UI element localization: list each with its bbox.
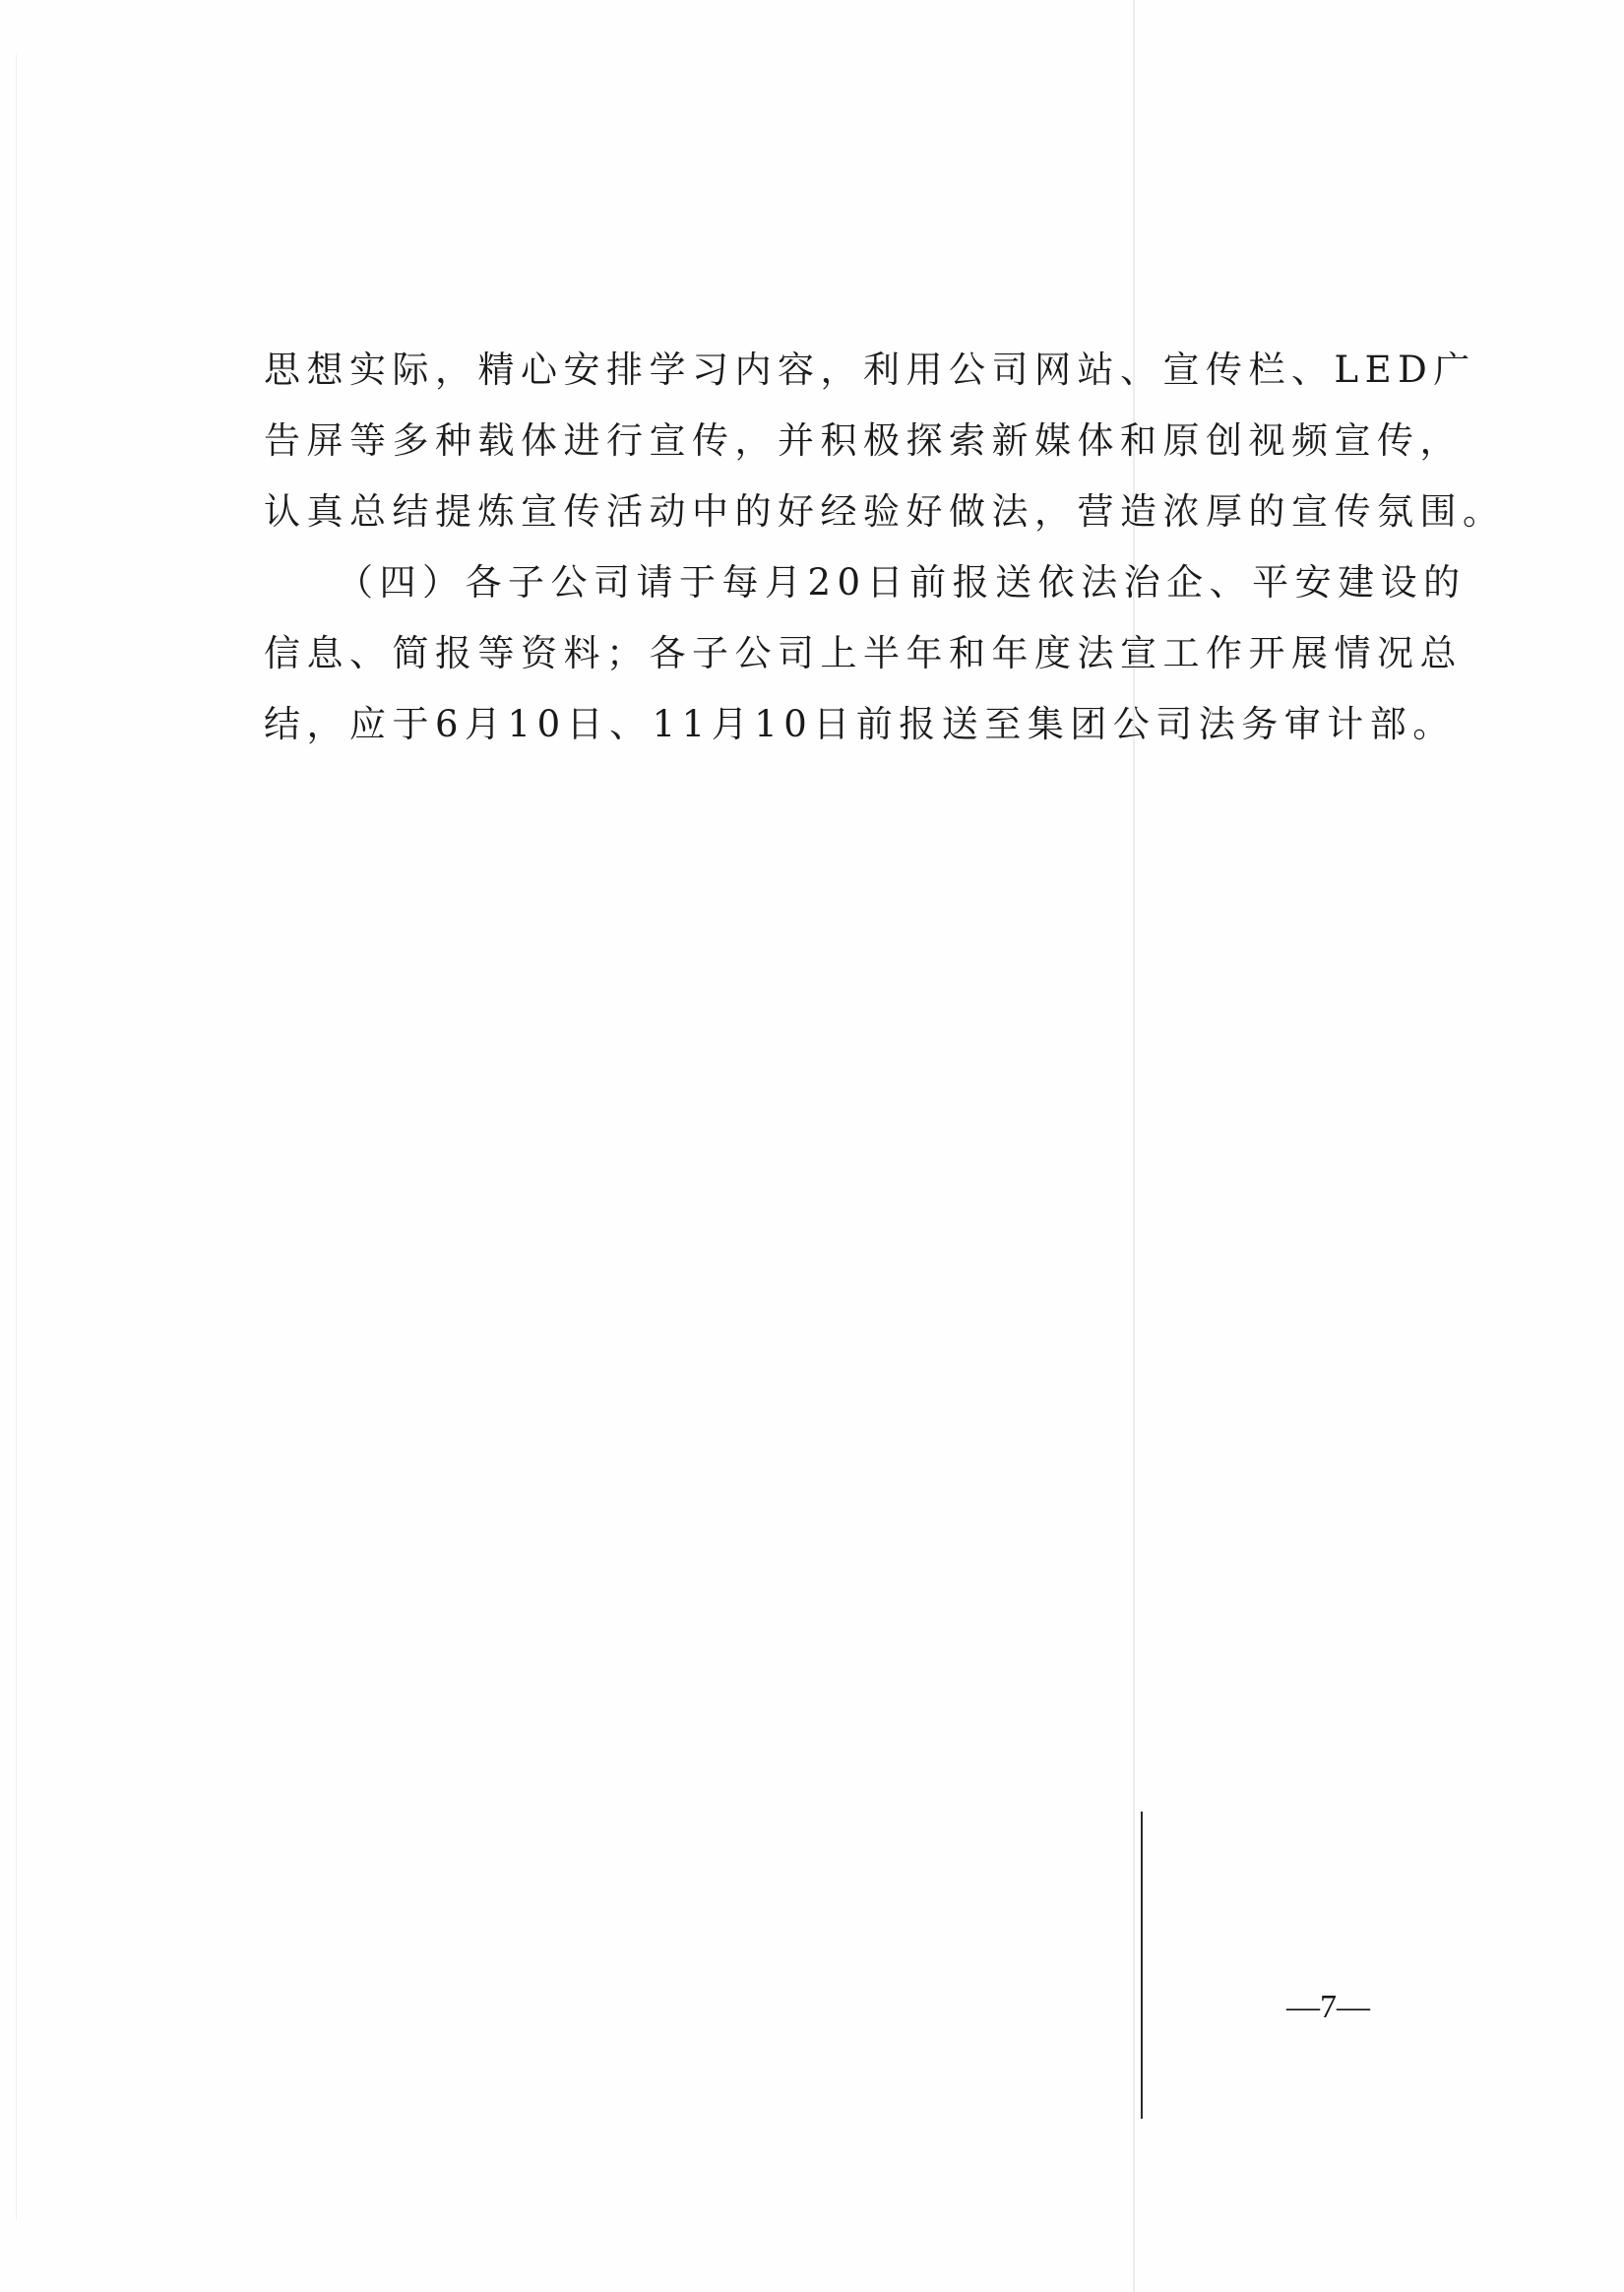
scan-mark-line (1141, 1812, 1143, 2119)
paragraph-continuation: 思想实际，精心安排学习内容，利用公司网站、宣传栏、LED广 告屏等多种载体进行宣… (264, 335, 1391, 547)
text-line: 认真总结提炼宣传活动中的好经验好做法，营造浓厚的宣传氛围。 (264, 477, 1391, 547)
page-number: —7— (1286, 1989, 1370, 2026)
paragraph-four: （四）各子公司请于每月20日前报送依法治企、平安建设的 信息、简报等资料；各子公… (264, 547, 1391, 760)
document-page: 思想实际，精心安排学习内容，利用公司网站、宣传栏、LED广 告屏等多种载体进行宣… (0, 0, 1624, 2292)
body-text: 思想实际，精心安排学习内容，利用公司网站、宣传栏、LED广 告屏等多种载体进行宣… (264, 335, 1391, 760)
text-line: 结，应于6月10日、11月10日前报送至集团公司法务审计部。 (264, 689, 1391, 760)
text-line: 信息、简报等资料；各子公司上半年和年度法宣工作开展情况总 (264, 618, 1391, 689)
text-line: 思想实际，精心安排学习内容，利用公司网站、宣传栏、LED广 (264, 335, 1391, 406)
text-line: 告屏等多种载体进行宣传，并积极探索新媒体和原创视频宣传， (264, 406, 1391, 477)
text-line: （四）各子公司请于每月20日前报送依法治企、平安建设的 (264, 547, 1391, 618)
scan-edge (16, 54, 17, 2220)
